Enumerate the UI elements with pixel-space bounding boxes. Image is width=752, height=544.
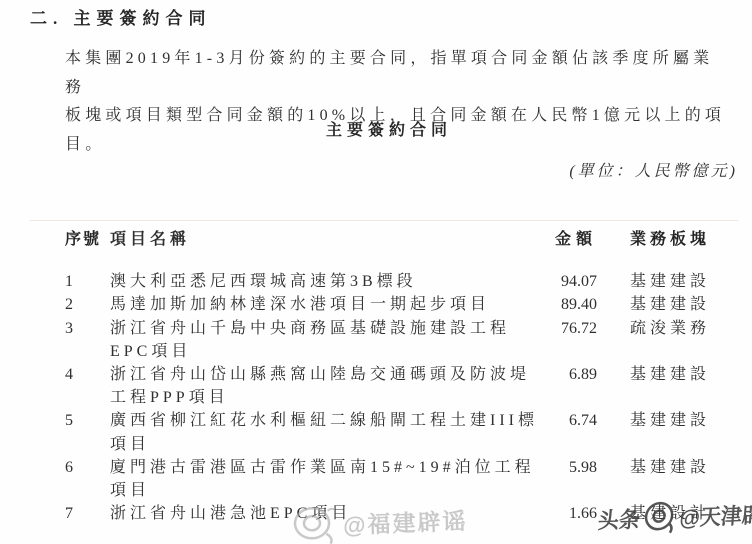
row-no: 2 xyxy=(65,293,110,316)
table-row: 2 馬達加斯加納林達深水港項目一期起步項目 89.40 基建建設 xyxy=(65,293,738,316)
row-segment: 基建建設 xyxy=(597,293,738,316)
table-top-rule xyxy=(30,220,738,221)
table-title: 主要簽約合同 xyxy=(0,117,752,140)
spiral-megaphone-icon xyxy=(287,502,338,544)
watermark-right-prefix: 头条 xyxy=(597,502,641,535)
row-segment: 基建建設 xyxy=(597,456,738,479)
section-heading: 二. 主要簽約合同 xyxy=(30,4,212,29)
row-segment: 基建建設 xyxy=(597,363,738,386)
row-project-name: 浙江省舟山千島中央商務區基礎設施建設工程 EPC項目 xyxy=(110,317,545,363)
row-amount: 94.07 xyxy=(545,270,597,293)
table-row: 6 廈門港古雷港區古雷作業區南15#~19#泊位工程 項目 5.98 基建建設 xyxy=(65,456,738,502)
row-amount: 6.89 xyxy=(545,363,597,386)
row-no: 7 xyxy=(65,502,110,525)
row-segment: 疏浚業務 xyxy=(597,317,738,340)
table-row: 1 澳大利亞悉尼西環城高速第3B標段 94.07 基建建設 xyxy=(65,270,738,293)
row-no: 3 xyxy=(65,317,110,340)
row-no: 5 xyxy=(65,409,110,432)
row-project-name: 廣西省柳江紅花水利樞紐二線船閘工程土建III標 項目 xyxy=(110,409,545,455)
header-amount: 金額 xyxy=(545,228,597,251)
row-no: 4 xyxy=(65,363,110,386)
row-project-name: 馬達加斯加納林達深水港項目一期起步項目 xyxy=(110,293,545,316)
row-amount: 5.98 xyxy=(545,456,597,479)
row-amount: 76.72 xyxy=(545,317,597,340)
watermark-right-suffix: @天津辟谣 xyxy=(679,497,752,532)
table-row: 4 浙江省舟山岱山縣燕窩山陸島交通碼頭及防波堤 工程PPP項目 6.89 基建建… xyxy=(65,363,738,409)
unit-note: (單位：人民幣億元) xyxy=(569,158,738,181)
spiral-at-icon xyxy=(642,500,676,535)
table-header-row: 序號 項目名稱 金額 業務板塊 xyxy=(65,228,738,251)
table-row: 3 浙江省舟山千島中央商務區基礎設施建設工程 EPC項目 76.72 疏浚業務 xyxy=(65,317,738,363)
row-project-name: 浙江省舟山岱山縣燕窩山陸島交通碼頭及防波堤 工程PPP項目 xyxy=(110,363,545,409)
intro-paragraph: 本集團2019年1-3月份簽約的主要合同，指單項合同金額佔該季度所屬業務 板塊或… xyxy=(65,45,733,159)
row-segment: 基建建設 xyxy=(597,270,738,293)
row-project-name: 澳大利亞悉尼西環城高速第3B標段 xyxy=(110,270,545,293)
row-no: 1 xyxy=(65,270,110,293)
table-row: 5 廣西省柳江紅花水利樞紐二線船閘工程土建III標 項目 6.74 基建建設 xyxy=(65,409,738,455)
contracts-table: 序號 項目名稱 金額 業務板塊 1 澳大利亞悉尼西環城高速第3B標段 94.07… xyxy=(65,228,738,525)
watermark-left-text: @福建辟谣 xyxy=(342,502,468,539)
document-page: 二. 主要簽約合同 本集團2019年1-3月份簽約的主要合同，指單項合同金額佔該… xyxy=(0,0,752,544)
header-name: 項目名稱 xyxy=(110,228,545,251)
row-amount: 89.40 xyxy=(545,293,597,316)
row-segment: 基建建設 xyxy=(597,409,738,432)
row-amount: 6.74 xyxy=(545,409,597,432)
row-project-name: 廈門港古雷港區古雷作業區南15#~19#泊位工程 項目 xyxy=(110,456,545,502)
watermark-left: @福建辟谣 xyxy=(287,498,468,544)
header-segment: 業務板塊 xyxy=(597,228,738,251)
watermark-right: 头条 @天津辟谣 xyxy=(596,496,752,537)
row-amount: 1.66 xyxy=(545,502,597,525)
row-no: 6 xyxy=(65,456,110,479)
header-no: 序號 xyxy=(65,228,110,251)
